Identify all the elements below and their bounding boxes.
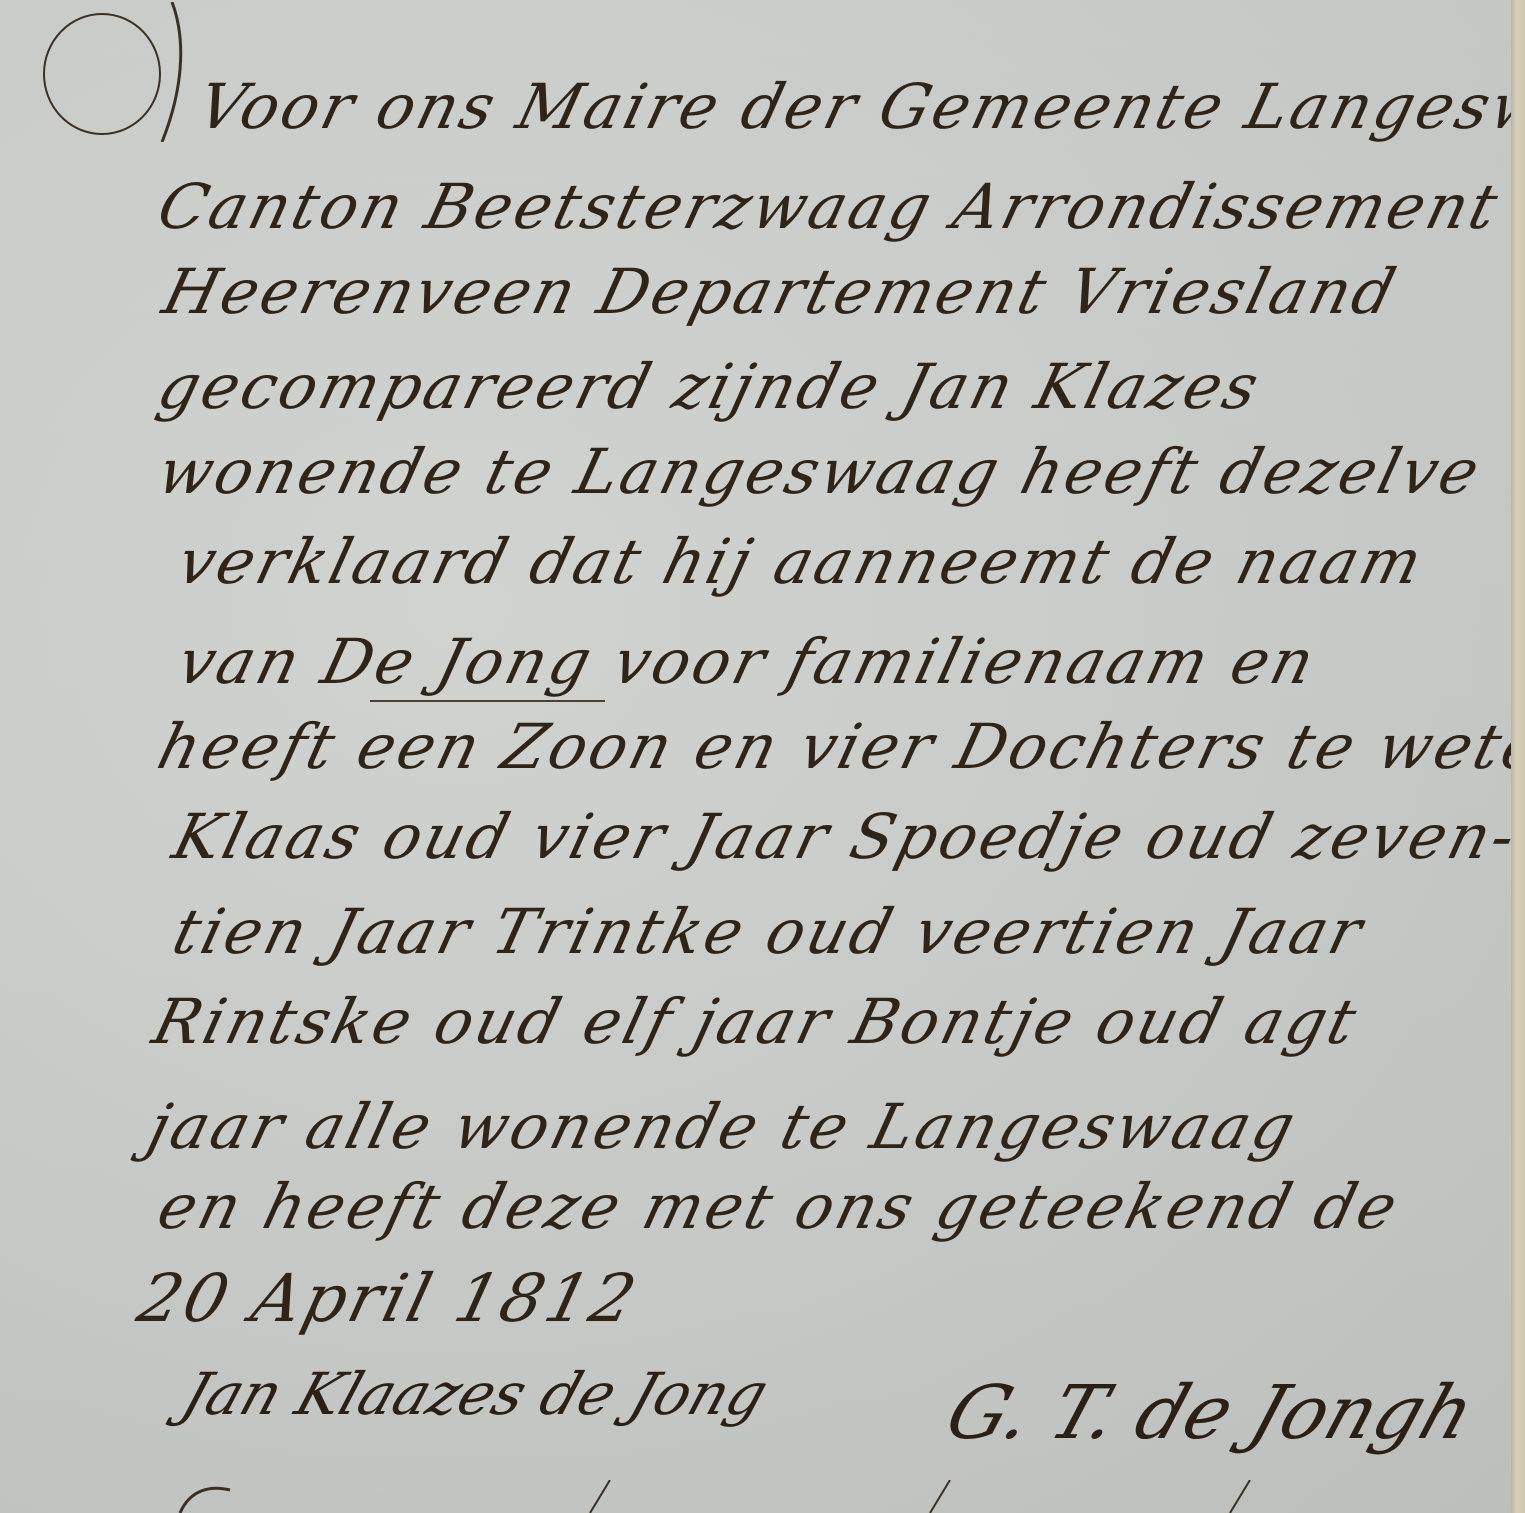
text-line-2: Canton Beetsterzwaag Arrondissement	[151, 170, 1508, 243]
text-line-7-content: van De Jong voor familienaam en	[171, 625, 1324, 698]
declarant-signature: Jan Klaazes de Jong	[174, 1360, 776, 1428]
next-entry-ascenders	[150, 1480, 1450, 1513]
date-line: 20 April 1812	[130, 1260, 646, 1337]
text-line-1: Voor ons Maire der Gemeente Langeswaag	[191, 70, 1525, 143]
page-binding-edge	[1511, 0, 1525, 1513]
text-line-3: Heerenveen Departement Vriesland	[156, 255, 1405, 328]
initial-v-flourish	[22, 2, 222, 142]
manuscript-page: Voor ons Maire der Gemeente Langeswaag C…	[0, 0, 1525, 1513]
mayor-signature: G. T. de Jongh	[936, 1370, 1485, 1456]
text-line-8: heeft een Zoon en vier Dochters te weten	[151, 710, 1525, 783]
text-line-11: Rintske oud elf jaar Bontje oud agt	[146, 985, 1366, 1058]
text-line-5: wonende te Langeswaag heeft dezelve	[151, 435, 1489, 508]
text-line-9: Klaas oud vier Jaar Spoedje oud zeven-	[166, 800, 1525, 873]
de-jong-underline	[370, 700, 605, 702]
text-line-13: en heeft deze met ons geteekend de	[151, 1170, 1407, 1243]
text-line-6: verklaard dat hij aanneemt de naam	[171, 525, 1432, 598]
text-line-7: van De Jong voor familienaam en	[171, 625, 1324, 698]
text-line-12: jaar alle wonende te Langeswaag	[141, 1090, 1305, 1163]
text-line-4: gecompareerd zijnde Jan Klazes	[151, 350, 1269, 423]
text-line-10: tien Jaar Trintke oud veertien Jaar	[166, 895, 1372, 968]
